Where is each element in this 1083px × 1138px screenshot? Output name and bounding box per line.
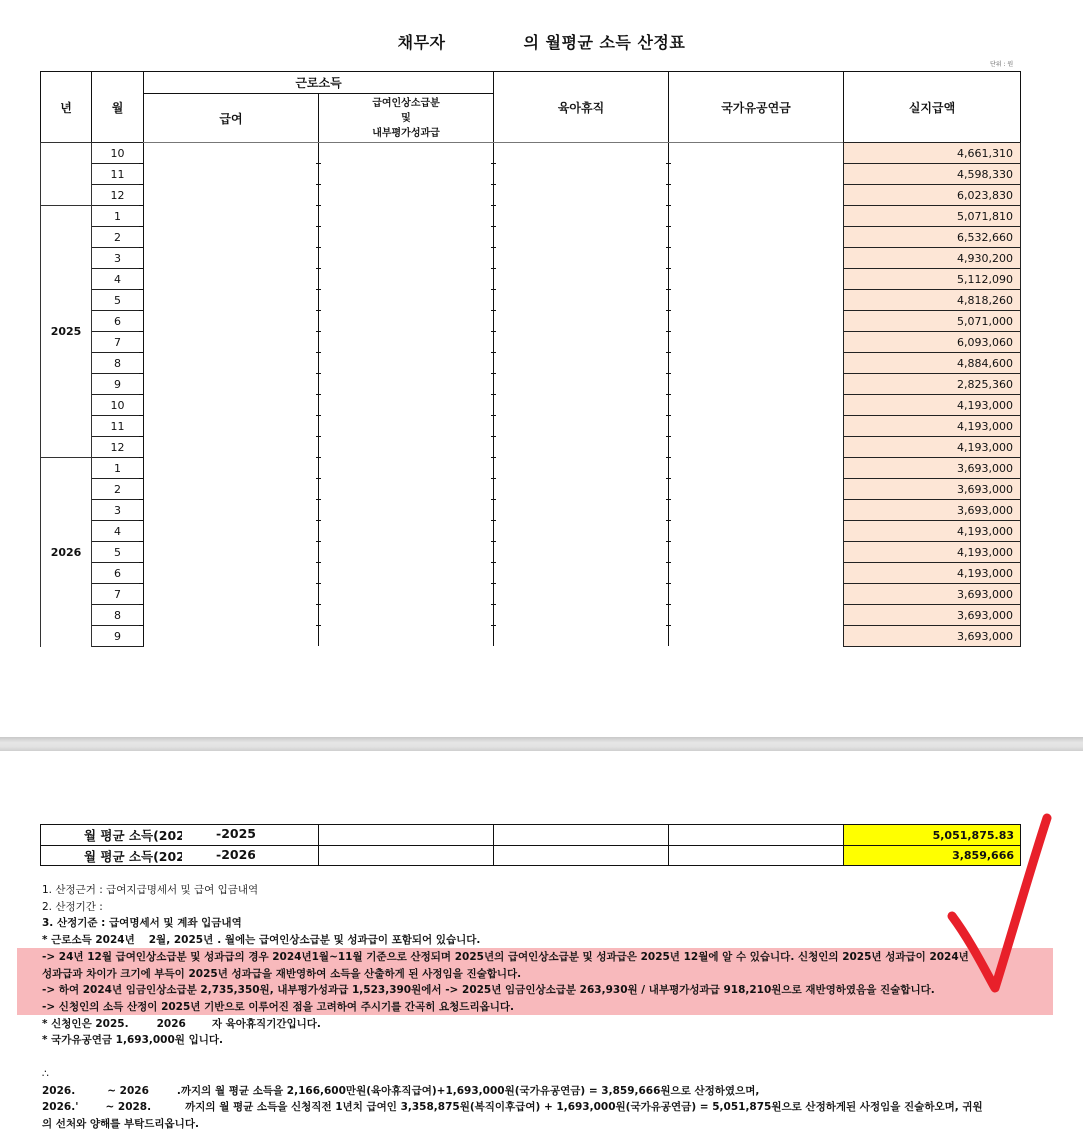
highlight-line-3: -> 하여 2024년 임금인상소급분 2,735,350원, 내부평가성과급 … bbox=[42, 982, 1052, 999]
header-month: 월 bbox=[91, 71, 144, 143]
actual-paid-cell: 4,193,000 bbox=[843, 415, 1021, 437]
actual-paid-cell: 3,693,000 bbox=[843, 583, 1021, 605]
calc-line-2: 2026.'~ 2028.까지의 월 평균 소득을 신청직전 1년치 급여인 3… bbox=[42, 1099, 1052, 1116]
actual-paid-cell: 3,693,000 bbox=[843, 457, 1021, 479]
income-table: 년 월 근로소득 급여 급여인상소급분 및 내부평가성과급 육아휴직 국가유공연… bbox=[40, 71, 1021, 649]
redaction-mask bbox=[182, 825, 218, 845]
note-pension: * 국가유공연금 1,693,000원 입니다. bbox=[42, 1032, 1052, 1049]
month-cell: 3 bbox=[91, 499, 144, 521]
month-cell: 12 bbox=[91, 436, 144, 458]
calc2-b: ~ 2028. bbox=[105, 1101, 151, 1113]
header-raise-bonus-line3: 내부평가성과급 bbox=[372, 126, 440, 141]
calc1-a: 2026. bbox=[42, 1085, 75, 1097]
year-cell: 2025 bbox=[40, 205, 92, 458]
title-prefix: 채무자 bbox=[398, 33, 446, 52]
highlight-line-2: 성과급과 차이가 크기에 부득이 2025년 성과급을 재반영하여 소득을 산출… bbox=[42, 966, 1052, 983]
redaction-mask bbox=[255, 825, 277, 845]
actual-paid-cell: 4,193,000 bbox=[843, 520, 1021, 542]
note-criteria: 3. 산정기준 : 급여명세서 및 계좌 입금내역 bbox=[42, 915, 1052, 932]
actual-paid-cell: 5,112,090 bbox=[843, 268, 1021, 290]
actual-paid-cell: 4,193,000 bbox=[843, 541, 1021, 563]
month-cell: 7 bbox=[91, 331, 144, 353]
column-divider bbox=[143, 142, 144, 646]
month-cell: 11 bbox=[91, 163, 144, 185]
month-cell: 9 bbox=[91, 373, 144, 395]
note-leave-c: 자 육아휴직기간입니다. bbox=[212, 1018, 321, 1030]
calc1-c: .까지의 월 평균 소득을 2,166,600만원(육아휴직급여)+1,693,… bbox=[177, 1085, 759, 1097]
actual-paid-cell: 3,693,000 bbox=[843, 499, 1021, 521]
header-bottom-line bbox=[143, 142, 843, 143]
title-suffix: 의 월평균 소득 산정표 bbox=[524, 33, 686, 52]
calc1-b: ~ 2026 bbox=[107, 1085, 149, 1097]
actual-paid-cell: 3,693,000 bbox=[843, 478, 1021, 500]
notes-section: 1. 산정근거 : 급여지급명세서 및 급여 입금내역 2. 산정기간 : 3.… bbox=[42, 882, 1052, 1133]
actual-paid-cell: 4,193,000 bbox=[843, 394, 1021, 416]
actual-paid-cell: 6,093,060 bbox=[843, 331, 1021, 353]
month-cell: 5 bbox=[91, 541, 144, 563]
column-divider bbox=[493, 142, 494, 646]
note-period: 2. 산정기간 : bbox=[42, 899, 1052, 916]
actual-paid-cell: 4,661,310 bbox=[843, 142, 1021, 164]
month-cell: 4 bbox=[91, 268, 144, 290]
blank-line bbox=[42, 1049, 1052, 1066]
month-cell: 6 bbox=[91, 562, 144, 584]
document-title: 채무자의 월평균 소득 산정표 bbox=[0, 30, 1083, 53]
actual-paid-cell: 4,598,330 bbox=[843, 163, 1021, 185]
month-cell: 2 bbox=[91, 478, 144, 500]
header-parental-leave: 육아휴직 bbox=[493, 71, 669, 143]
year-cell bbox=[40, 142, 92, 206]
summary-row-1-blank-a bbox=[318, 824, 494, 846]
actual-paid-cell: 4,930,200 bbox=[843, 247, 1021, 269]
column-divider bbox=[668, 142, 669, 646]
redaction-mask bbox=[182, 846, 218, 865]
actual-paid-cell: 4,193,000 bbox=[843, 562, 1021, 584]
actual-paid-cell: 4,884,600 bbox=[843, 352, 1021, 374]
closing-line: 의 선처와 양해를 부탁드리옵니다. bbox=[42, 1116, 1052, 1133]
header-actual-paid: 실지급액 bbox=[843, 71, 1021, 143]
actual-paid-cell: 5,071,810 bbox=[843, 205, 1021, 227]
header-veteran-pension: 국가유공연금 bbox=[668, 71, 844, 143]
month-cell: 1 bbox=[91, 205, 144, 227]
page-break bbox=[0, 737, 1083, 751]
note-leave-a: * 신청인은 2025. bbox=[42, 1018, 129, 1030]
year-cell: 2026 bbox=[40, 457, 92, 647]
actual-paid-cell: 2,825,360 bbox=[843, 373, 1021, 395]
month-cell: 3 bbox=[91, 247, 144, 269]
note-bonus-months: * 근로소득 2024년2월, 2025년. 월에는 급여인상소급분 및 성과급… bbox=[42, 932, 1052, 949]
highlight-line-4: -> 신청인의 소득 산정이 2025년 기반으로 이루어진 점을 고려하여 주… bbox=[42, 999, 1052, 1016]
month-cell: 10 bbox=[91, 394, 144, 416]
month-cell: 8 bbox=[91, 604, 144, 626]
actual-paid-cell: 6,023,830 bbox=[843, 184, 1021, 206]
summary-row-1-blank-b bbox=[493, 824, 669, 846]
month-cell: 10 bbox=[91, 142, 144, 164]
note-bonus-months-a: * 근로소득 2024년 bbox=[42, 934, 135, 946]
therefore-symbol: ∴ bbox=[42, 1066, 1052, 1083]
month-cell: 2 bbox=[91, 226, 144, 248]
header-earned-income: 근로소득 bbox=[143, 71, 494, 94]
summary-row-2-blank-a bbox=[318, 845, 494, 866]
month-cell: 8 bbox=[91, 352, 144, 374]
highlight-line-1: -> 24년 12월 급여인상소급분 및 성과급의 경우 2024년1월~11월… bbox=[42, 949, 1052, 966]
header-raise-bonus: 급여인상소급분 및 내부평가성과급 bbox=[318, 93, 494, 143]
month-cell: 1 bbox=[91, 457, 144, 479]
actual-paid-cell: 6,532,660 bbox=[843, 226, 1021, 248]
header-salary: 급여 bbox=[143, 93, 319, 143]
header-raise-bonus-line2: 및 bbox=[401, 111, 411, 126]
summary-row-1-blank-c bbox=[668, 824, 844, 846]
header-raise-bonus-line1: 급여인상소급분 bbox=[372, 96, 440, 111]
summary-row-2-blank-b bbox=[493, 845, 669, 866]
calc2-a: 2026.' bbox=[42, 1101, 78, 1113]
actual-paid-cell: 3,693,000 bbox=[843, 604, 1021, 626]
checkmark-icon bbox=[930, 810, 1080, 1000]
summary-row-2-blank-c bbox=[668, 845, 844, 866]
note-leave-b: 2026 bbox=[157, 1018, 186, 1030]
calc2-c: 까지의 월 평균 소득을 신청직전 1년치 급여인 3,358,875원(복직이… bbox=[185, 1101, 983, 1113]
month-cell: 5 bbox=[91, 289, 144, 311]
actual-paid-cell: 4,193,000 bbox=[843, 436, 1021, 458]
note-bonus-months-c: . 월에는 급여인상소급분 및 성과급이 포함되어 있습니다. bbox=[217, 934, 480, 946]
note-basis: 1. 산정근거 : 급여지급명세서 및 급여 입금내역 bbox=[42, 882, 1052, 899]
month-cell: 4 bbox=[91, 520, 144, 542]
calc-line-1: 2026.~ 2026.까지의 월 평균 소득을 2,166,600만원(육아휴… bbox=[42, 1083, 1052, 1100]
unit-label: 단위 : 원 bbox=[990, 59, 1013, 68]
actual-paid-cell: 5,071,000 bbox=[843, 310, 1021, 332]
month-cell: 12 bbox=[91, 184, 144, 206]
note-bonus-months-b: 2월, 2025년 bbox=[149, 934, 213, 946]
actual-paid-cell: 4,818,260 bbox=[843, 289, 1021, 311]
note-parental-leave: * 신청인은 2025.2026자 육아휴직기간입니다. bbox=[42, 1016, 1052, 1033]
month-cell: 11 bbox=[91, 415, 144, 437]
summary-table: 5,051,875.83 3,859,666 월 평균 소득(2024. -20… bbox=[40, 824, 1021, 866]
month-cell: 7 bbox=[91, 583, 144, 605]
month-cell: 9 bbox=[91, 625, 144, 647]
actual-paid-cell: 3,693,000 bbox=[843, 625, 1021, 647]
month-cell: 6 bbox=[91, 310, 144, 332]
redaction-mask bbox=[255, 846, 277, 865]
column-divider bbox=[318, 142, 319, 646]
header-year: 년 bbox=[40, 71, 92, 143]
